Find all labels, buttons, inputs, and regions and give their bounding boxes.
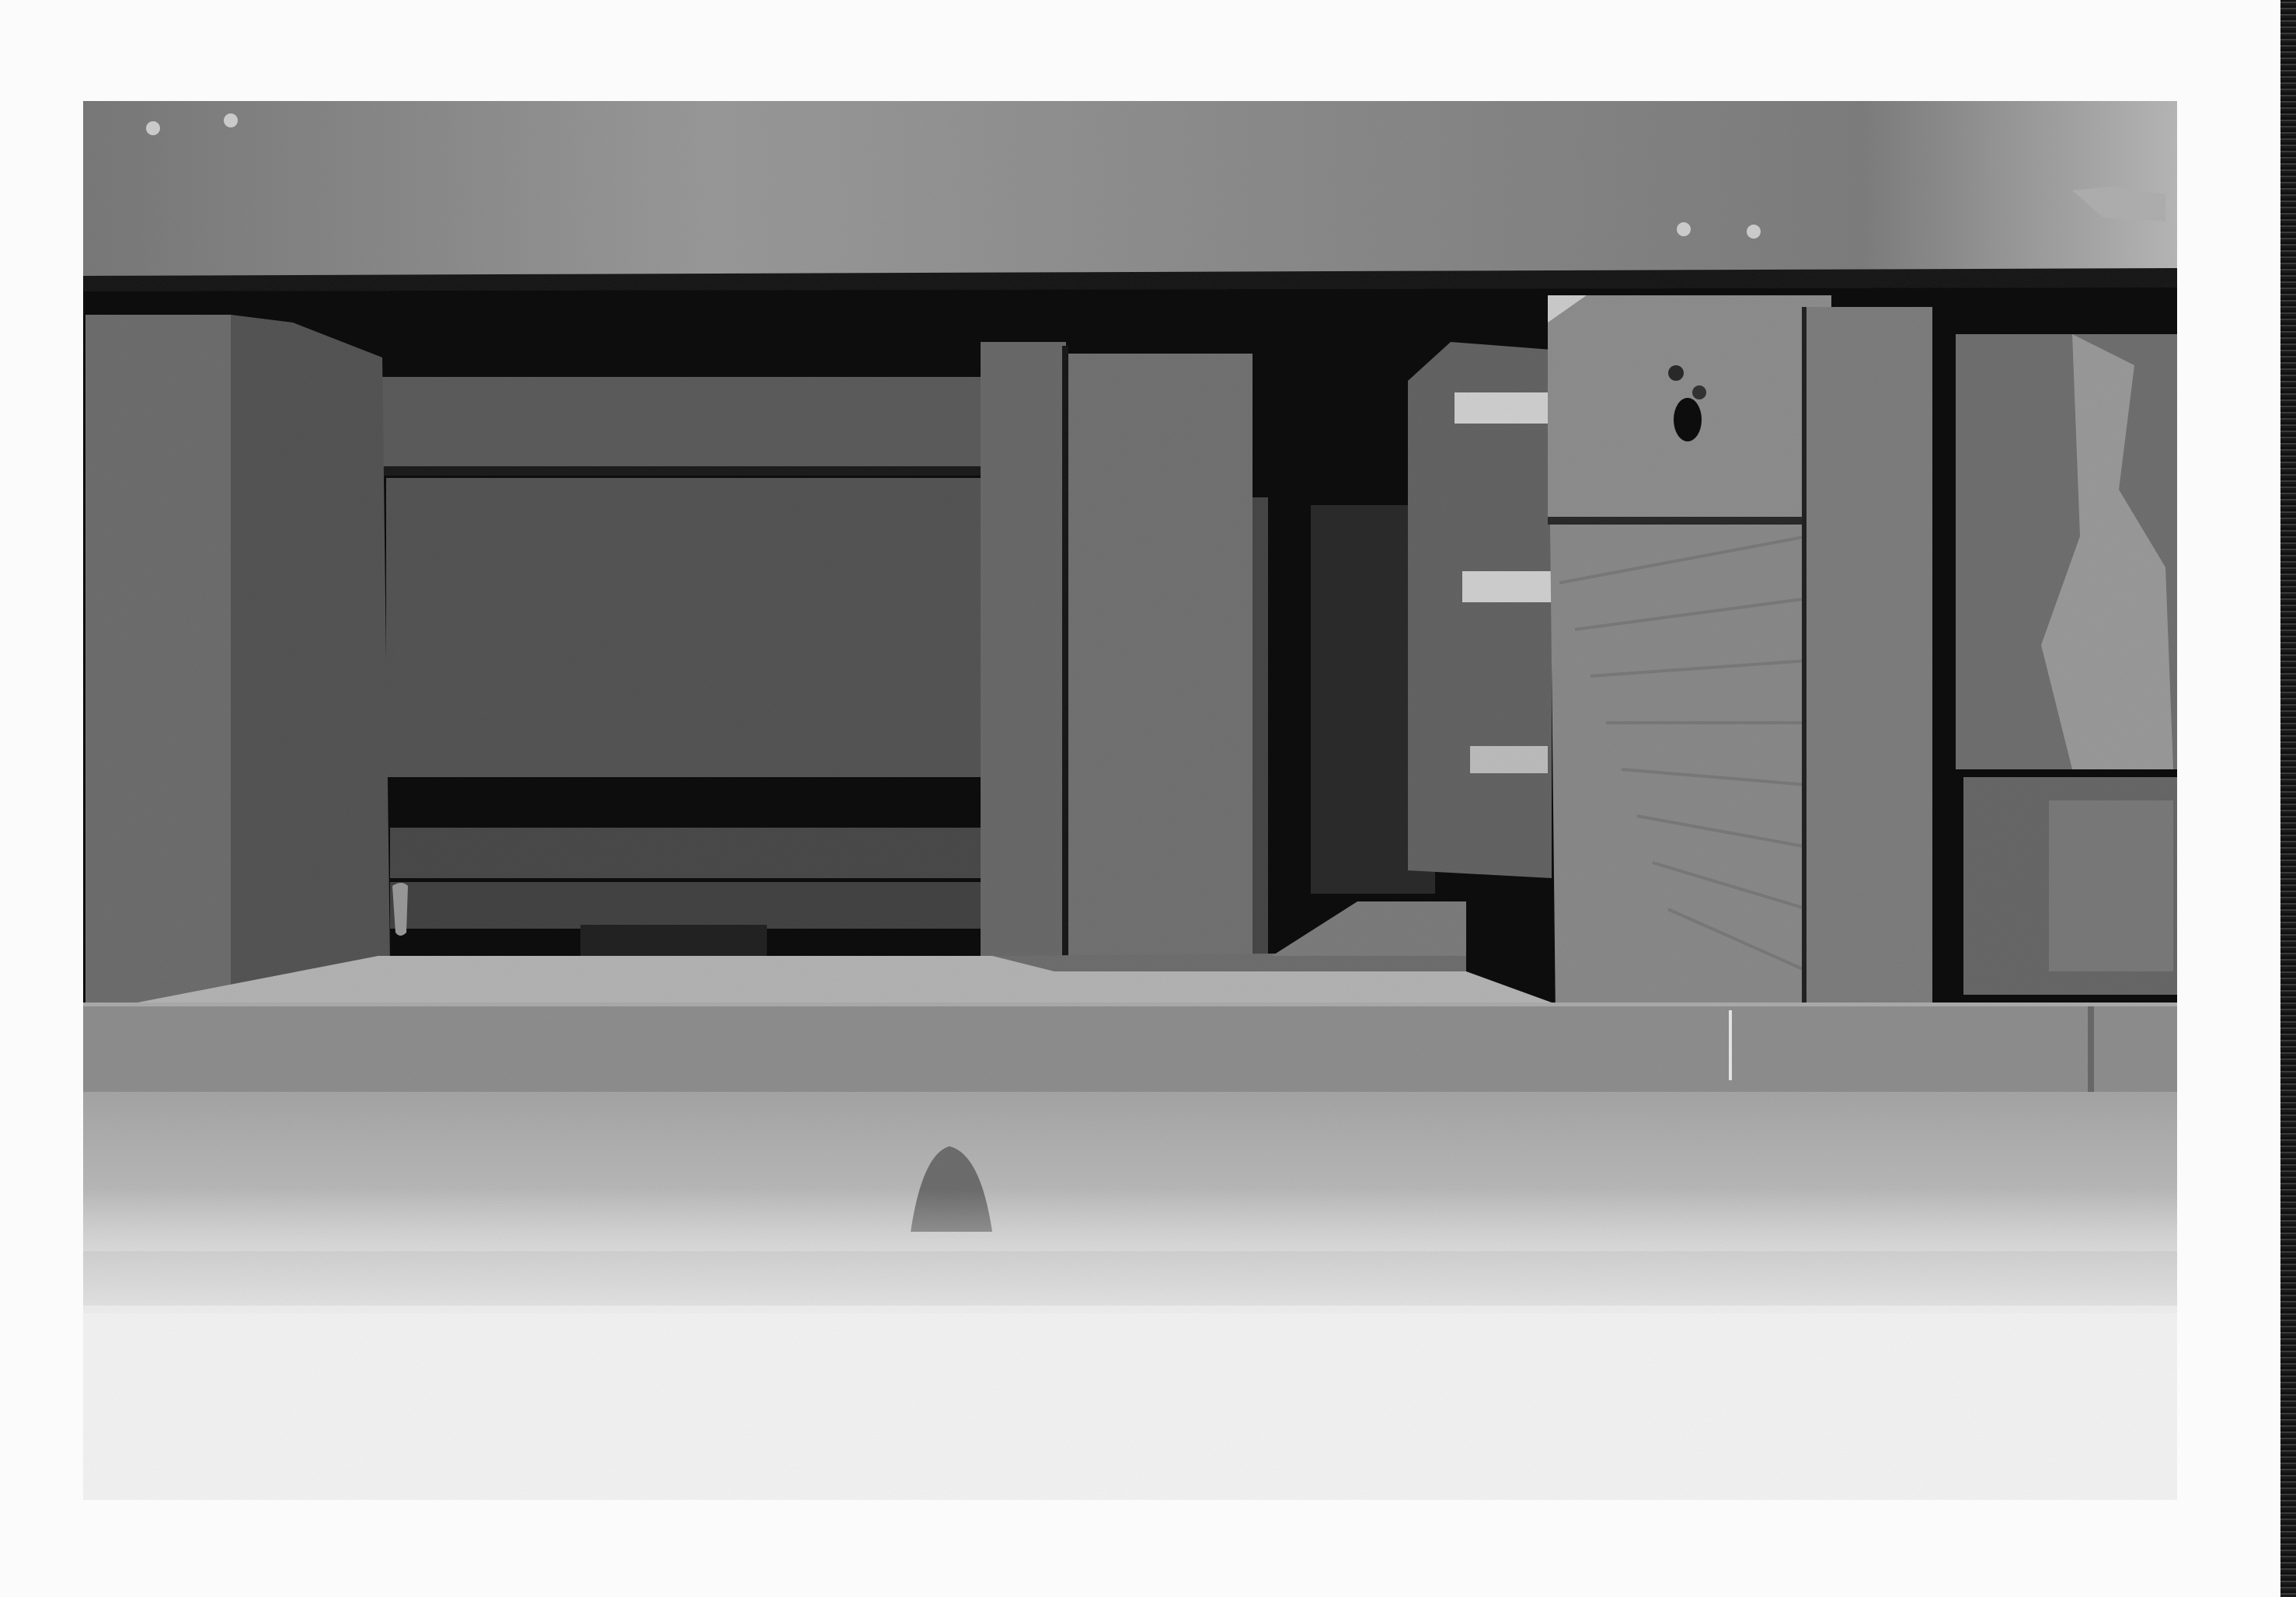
board-gap: [1802, 307, 1806, 1014]
top-beam: [83, 101, 2177, 276]
bolt-hole-small: [1692, 385, 1706, 399]
left-post-front: [85, 315, 231, 1002]
square-post: [1550, 525, 1824, 1018]
sill-beam: [83, 1006, 2177, 1092]
sill-joint: [2088, 1006, 2094, 1092]
back-board-large: [386, 478, 987, 777]
board-edge: [1253, 497, 1268, 956]
left-post-side: [231, 315, 390, 1002]
nail-head: [146, 121, 160, 135]
nail-head: [1677, 222, 1691, 236]
bolt-hole-small: [1668, 365, 1684, 381]
overexposed-area: [83, 1313, 2177, 1500]
board-seam: [381, 466, 987, 476]
lower-plank: [390, 828, 988, 878]
brick: [2049, 800, 2173, 971]
mortar-patch: [1455, 392, 1548, 424]
nail-head: [1747, 225, 1761, 239]
nail-head: [224, 113, 238, 127]
scanner-edge: [2280, 0, 2296, 1597]
gap-shadow: [580, 925, 767, 956]
cap-seam: [1548, 517, 1831, 525]
mortar-patch: [1470, 746, 1548, 773]
tall-board: [1804, 307, 1932, 1014]
mortar-patch: [1462, 571, 1552, 602]
vertical-board-wide: [1066, 354, 1253, 968]
board-gap: [1062, 346, 1068, 960]
photograph: Underfloor framing detail: wooden top be…: [83, 101, 2177, 1500]
back-board-top: [381, 377, 987, 466]
photo-scene: [83, 101, 2177, 1500]
lower-plank-2: [390, 882, 996, 929]
bolt-hole: [1674, 398, 1702, 441]
vertical-board-narrow: [981, 342, 1066, 964]
